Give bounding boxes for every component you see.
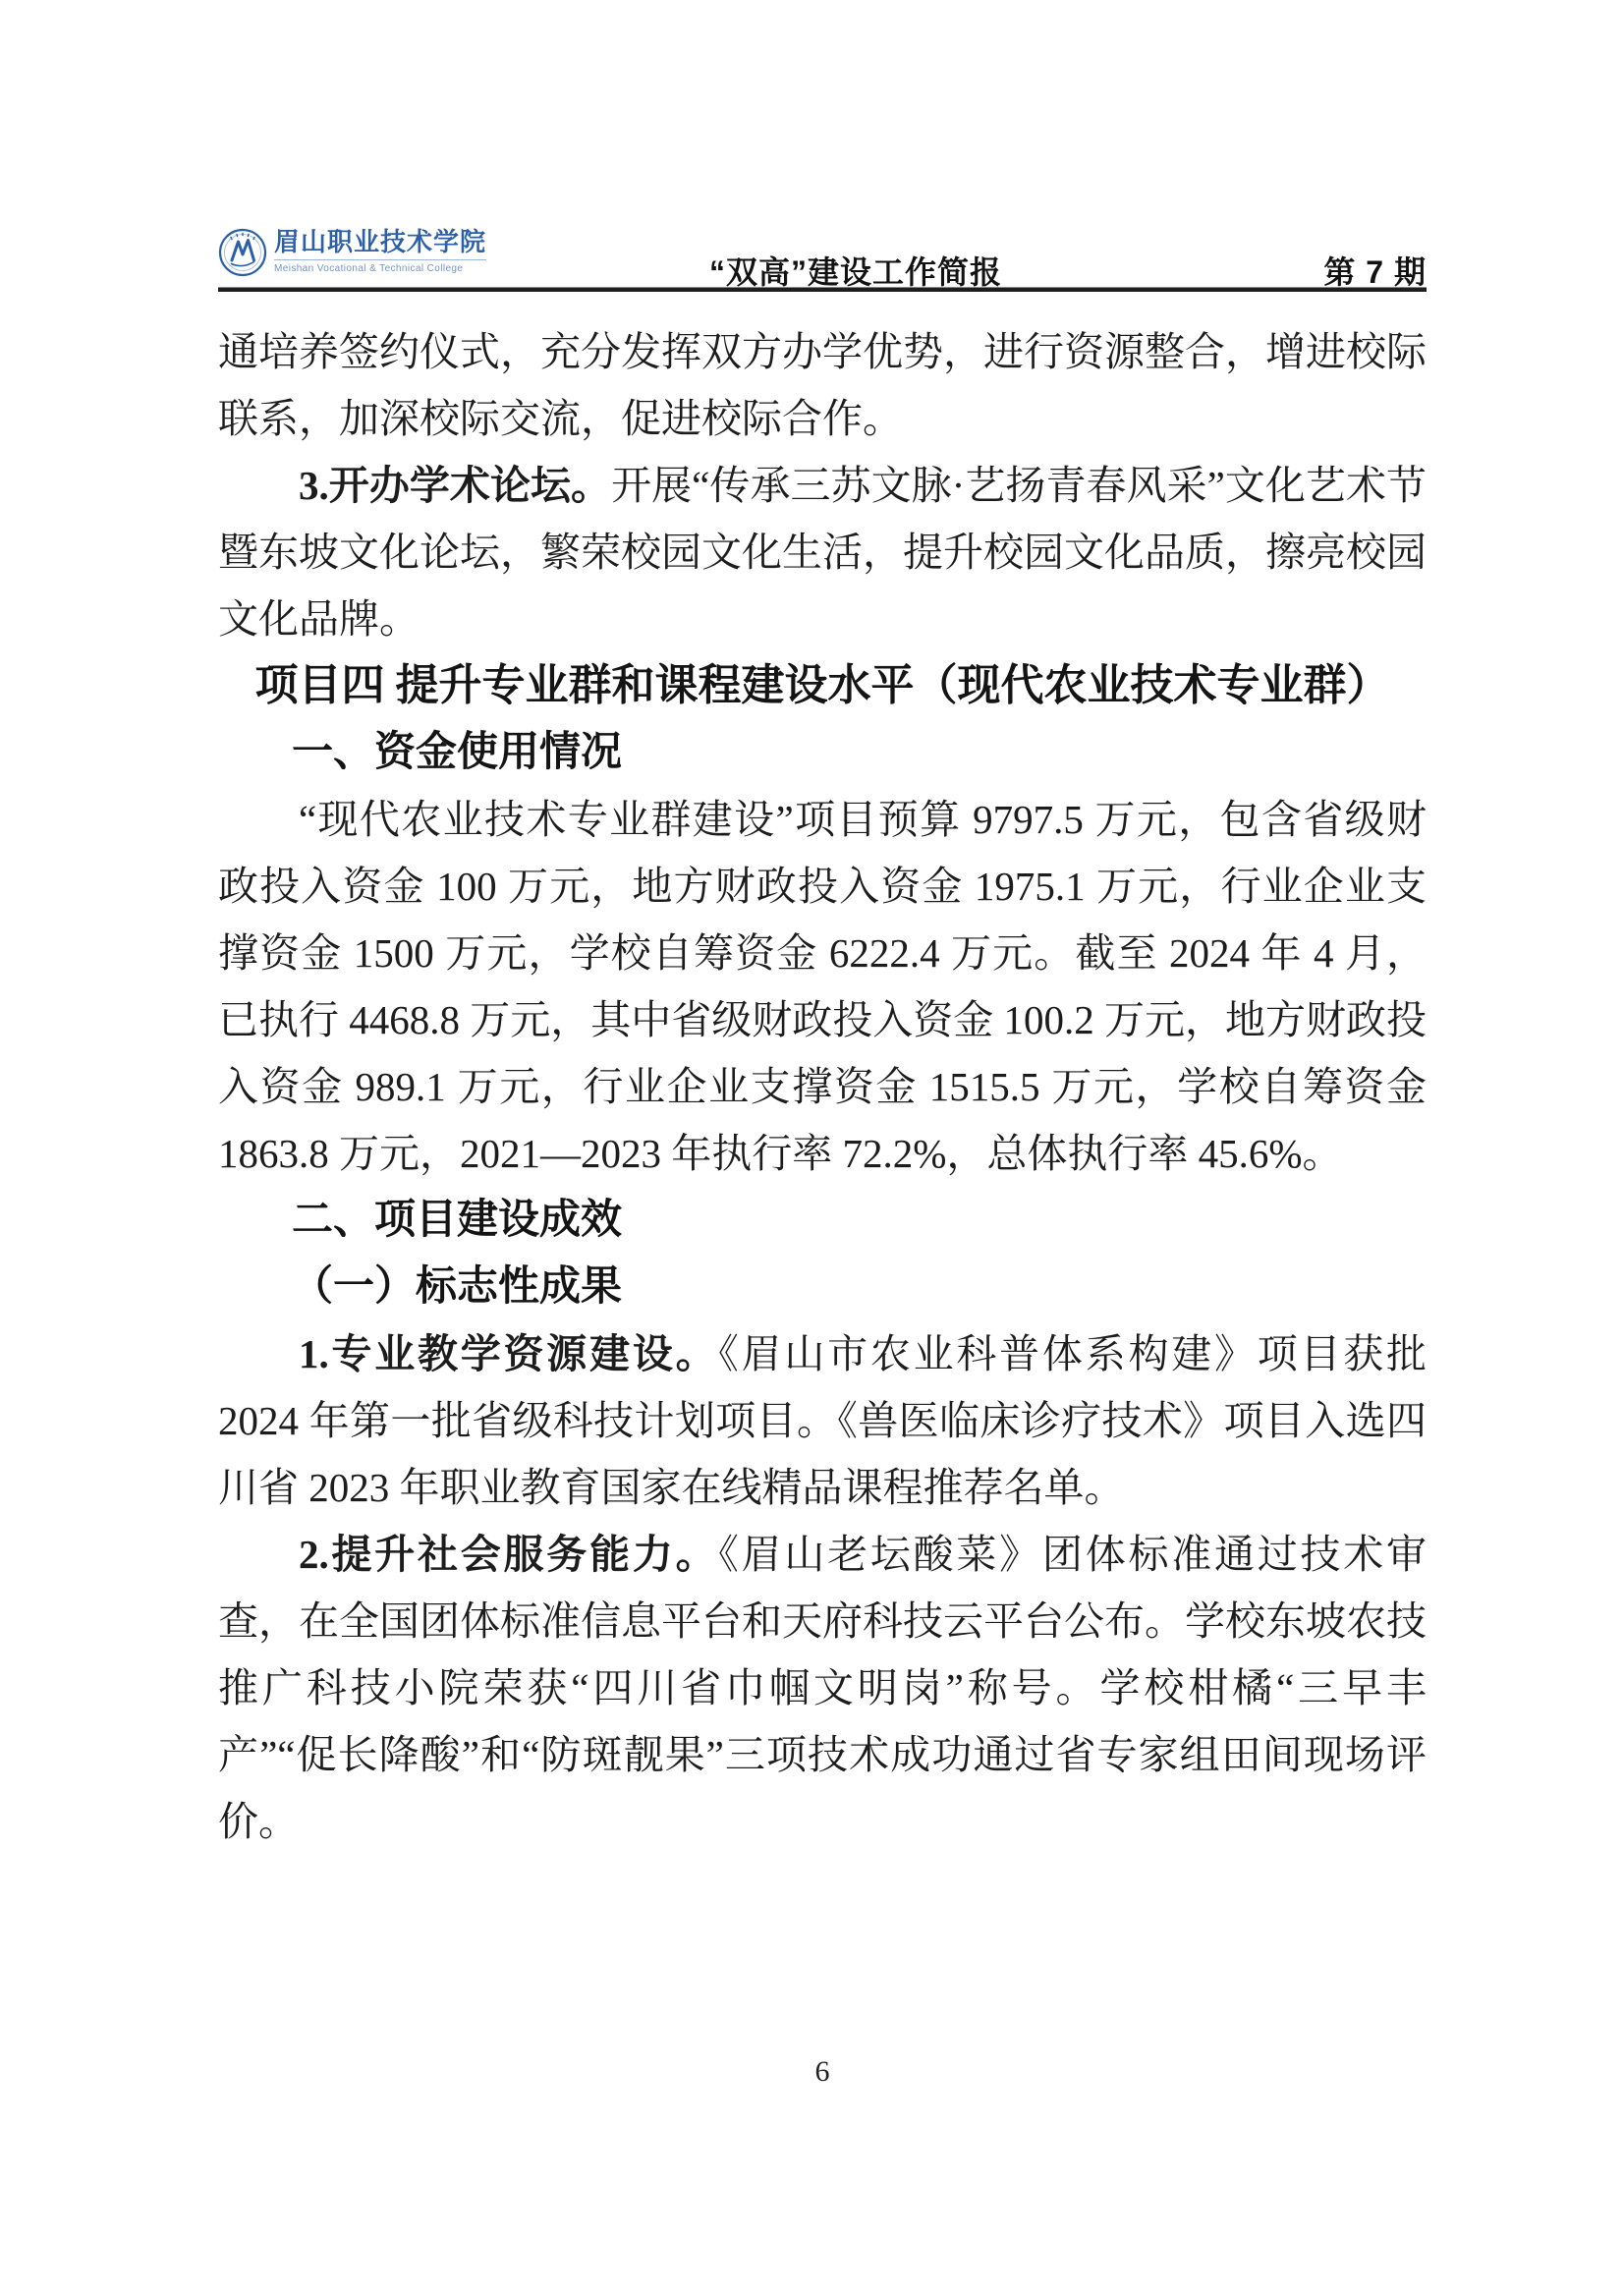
header-divider bbox=[218, 287, 1427, 292]
paragraph-text: “现代农业技术专业群建设”项目预算 9797.5 万元，包含省级财政投入资金 1… bbox=[218, 797, 1427, 1176]
paragraph: 3.开办学术论坛。开展“传承三苏文脉·艺扬青春风采”文化艺术节暨东坡文化论坛，繁… bbox=[218, 452, 1427, 652]
college-name-en: Meishan Vocational & Technical College bbox=[274, 259, 486, 275]
paragraph: “现代农业技术专业群建设”项目预算 9797.5 万元，包含省级财政投入资金 1… bbox=[218, 786, 1427, 1187]
heading-landmark-achievements: （一）标志性成果 bbox=[292, 1254, 1427, 1320]
college-logo: 眉山职业技术学院 Meishan Vocational & Technical … bbox=[218, 228, 486, 277]
paragraph-text: 《眉山老坛酸菜》团体标准通过技术审查，在全国团体标准信息平台和天府科技云平台公布… bbox=[218, 1532, 1427, 1844]
college-seal-icon bbox=[218, 228, 267, 277]
college-logo-text: 眉山职业技术学院 Meishan Vocational & Technical … bbox=[274, 228, 486, 275]
paragraph-lead: 3.开办学术论坛。 bbox=[299, 463, 611, 508]
page-number: 6 bbox=[218, 2055, 1427, 2089]
paragraph-lead: 2.提升社会服务能力。 bbox=[299, 1532, 718, 1577]
paragraph-text: 通培养签约仪式，充分发挥双方办学优势，进行资源整合，增进校际联系，加深校际交流，… bbox=[218, 329, 1427, 441]
document-page: 眉山职业技术学院 Meishan Vocational & Technical … bbox=[0, 0, 1623, 2296]
document-body: 通培养签约仪式，充分发挥双方办学优势，进行资源整合，增进校际联系，加深校际交流，… bbox=[218, 318, 1427, 1855]
paragraph: 2.提升社会服务能力。《眉山老坛酸菜》团体标准通过技术审查，在全国团体标准信息平… bbox=[218, 1521, 1427, 1855]
paragraph: 1.专业教学资源建设。《眉山市农业科普体系构建》项目获批 2024 年第一批省级… bbox=[218, 1320, 1427, 1521]
heading-fund-usage: 一、资金使用情况 bbox=[292, 719, 1427, 786]
paragraph-lead: 1.专业教学资源建设。 bbox=[299, 1331, 718, 1376]
paragraph-continuation: 通培养签约仪式，充分发挥双方办学优势，进行资源整合，增进校际联系，加深校际交流，… bbox=[218, 318, 1427, 452]
college-name-cn: 眉山职业技术学院 bbox=[274, 228, 486, 257]
heading-project-four: 项目四 提升专业群和课程建设水平（现代农业技术专业群） bbox=[218, 652, 1427, 719]
heading-construction-results: 二、项目建设成效 bbox=[292, 1187, 1427, 1254]
